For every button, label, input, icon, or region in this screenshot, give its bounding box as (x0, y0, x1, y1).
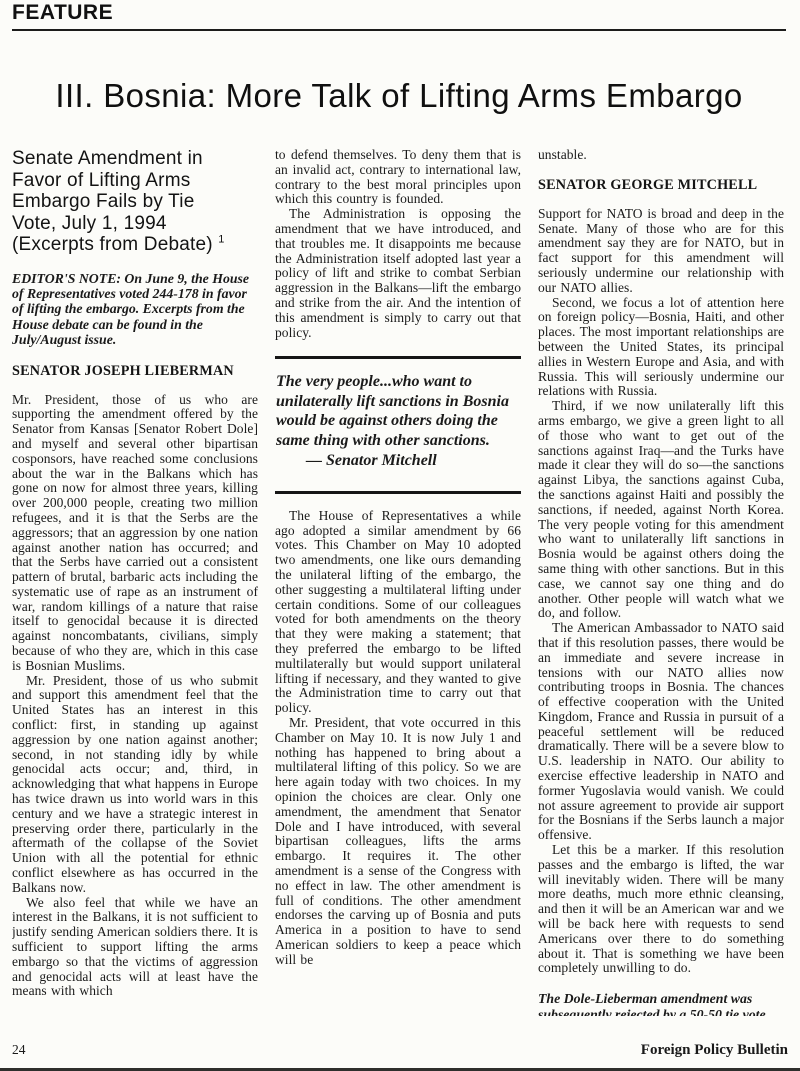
column-2: to defend themselves. To deny them that … (275, 148, 521, 1016)
footnote-marker: 1 (218, 234, 224, 246)
speaker-heading-lieberman: SENATOR JOSEPH LIEBERMAN (12, 363, 258, 380)
section-kicker: FEATURE (12, 0, 786, 23)
paragraph: The American Ambassador to NATO said tha… (538, 621, 784, 843)
paragraph: Mr. President, that vote occurred in thi… (275, 716, 521, 968)
subheadline-text: Senate Amendment in Favor of Lifting Arm… (12, 148, 213, 255)
paragraph: Mr. President, those of us who submit an… (12, 674, 258, 896)
page-header: FEATURE III. Bosnia: More Talk of Liftin… (12, 0, 786, 115)
paragraph: Mr. President, those of us who are suppo… (12, 393, 258, 674)
header-rule (12, 29, 786, 31)
article-subheadline: Senate Amendment in Favor of Lifting Arm… (12, 148, 236, 256)
page-footer: 24 Foreign Policy Bulletin (12, 1042, 788, 1059)
speaker-heading-mitchell: SENATOR GEORGE MITCHELL (538, 177, 784, 194)
column-1: Senate Amendment in Favor of Lifting Arm… (12, 148, 258, 1016)
column-3: unstable. SENATOR GEORGE MITCHELL Suppor… (538, 148, 784, 1016)
paragraph: Third, if we now unilaterally lift this … (538, 399, 784, 621)
journal-name: Foreign Policy Bulletin (641, 1042, 788, 1059)
article-title: III. Bosnia: More Talk of Lifting Arms E… (12, 77, 786, 115)
paragraph: Second, we focus a lot of attention here… (538, 296, 784, 400)
pull-quote-attribution: — Senator Mitchell (276, 451, 520, 471)
editors-note: EDITOR'S NOTE: On June 9, the House of R… (12, 271, 258, 348)
paragraph: The Administration is opposing the amend… (275, 207, 521, 340)
closing-editorial-note: The Dole-Lieberman amendment was subsequ… (538, 991, 784, 1016)
paragraph: Support for NATO is broad and deep in th… (538, 207, 784, 296)
paragraph: Let this be a marker. If this resolution… (538, 843, 784, 976)
article-body: Senate Amendment in Favor of Lifting Arm… (12, 148, 786, 1016)
paragraph: The House of Representatives a while ago… (275, 509, 521, 716)
pull-quote-text: The very people...who want to unilateral… (276, 372, 520, 450)
paragraph: We also feel that while we have an inter… (12, 896, 258, 1000)
magazine-page: FEATURE III. Bosnia: More Talk of Liftin… (0, 0, 800, 1071)
paragraph: unstable. (538, 148, 784, 163)
page-number: 24 (12, 1042, 26, 1058)
pull-quote: The very people...who want to unilateral… (275, 356, 521, 494)
paragraph: to defend themselves. To deny them that … (275, 148, 521, 207)
